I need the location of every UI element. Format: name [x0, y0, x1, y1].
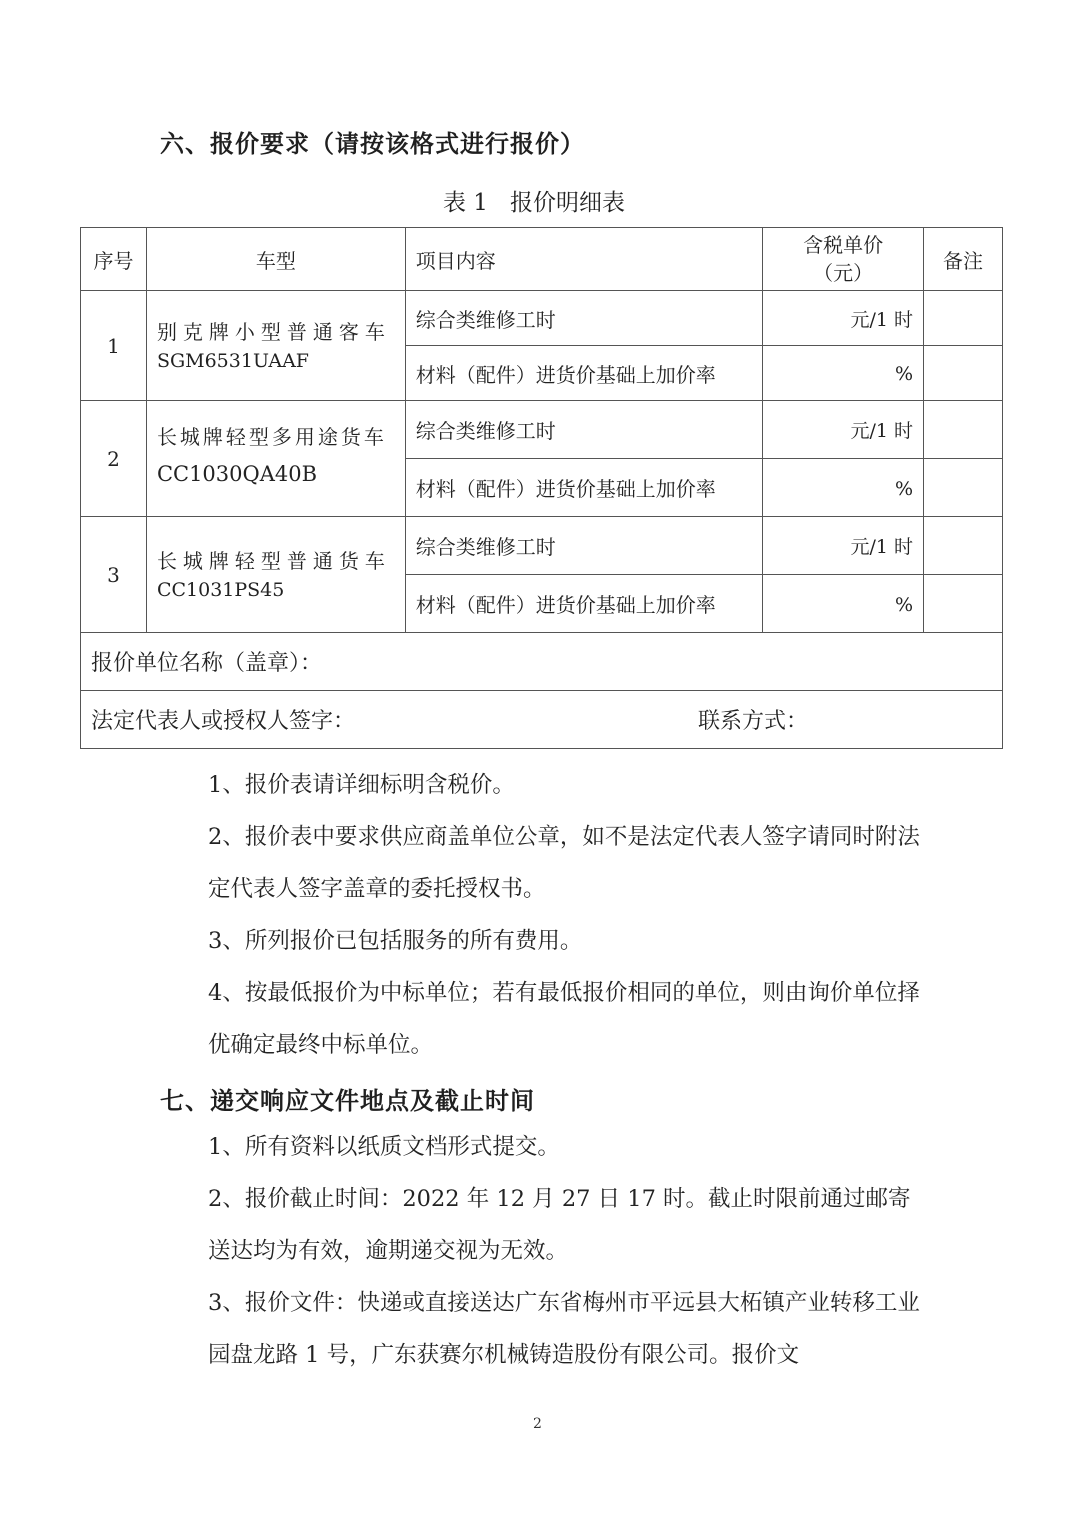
bidder-name-field[interactable]: 报价单位名称（盖章）： [81, 633, 1003, 691]
section-6-heading: 六、报价要求（请按该格式进行报价） [160, 124, 585, 159]
note-cell[interactable] [924, 459, 1003, 517]
quote-detail-table: 序号 车型 项目内容 含税单价 （元） 备注 1 别克牌小型普通客车 SGM65… [80, 227, 1003, 749]
section-7-heading: 七、递交响应文件地点及截止时间 [160, 1081, 535, 1116]
row-model: 别克牌小型普通客车 SGM6531UAAF [146, 291, 405, 401]
price-unit: % [895, 478, 913, 500]
bidder-name-row: 报价单位名称（盖章）： [81, 633, 1003, 691]
price-unit: % [895, 363, 913, 385]
model-code: CC1031PS45 [157, 576, 395, 604]
price-cell[interactable]: 元/1 时 [763, 401, 924, 459]
row-model: 长城牌轻型多用途货车 CC1030QA40B [146, 401, 405, 517]
note-item: 4、按最低报价为中标单位；若有最低报价相同的单位，则由询价单位择优确定最终中标单… [158, 967, 928, 1071]
item-content: 材料（配件）进货价基础上加价率 [405, 459, 762, 517]
header-price-line2: （元） [773, 259, 913, 287]
signature-label: 法定代表人或授权人签字： [91, 709, 355, 734]
item-content: 综合类维修工时 [405, 401, 762, 459]
price-unit: 元/1 时 [851, 309, 914, 331]
note-item: 1、报价表请详细标明含税价。 [158, 759, 928, 811]
row-seq: 3 [81, 517, 147, 633]
row-model: 长城牌轻型普通货车 CC1031PS45 [146, 517, 405, 633]
item-content: 综合类维修工时 [405, 517, 762, 575]
section-7-item: 3、报价文件：快递或直接送达广东省梅州市平远县大柘镇产业转移工业园盘龙路 1 号… [158, 1277, 928, 1381]
table-row: 1 别克牌小型普通客车 SGM6531UAAF 综合类维修工时 元/1 时 [81, 291, 1003, 346]
header-price: 含税单价 （元） [763, 228, 924, 291]
price-cell[interactable]: 元/1 时 [763, 291, 924, 346]
note-cell[interactable] [924, 517, 1003, 575]
price-unit: % [895, 594, 913, 616]
notes-list: 1、报价表请详细标明含税价。 2、报价表中要求供应商盖单位公章，如不是法定代表人… [158, 759, 928, 1071]
row-seq: 1 [81, 291, 147, 401]
header-seq: 序号 [81, 228, 147, 291]
price-cell[interactable]: % [763, 575, 924, 633]
table-header-row: 序号 车型 项目内容 含税单价 （元） 备注 [81, 228, 1003, 291]
model-code: SGM6531UAAF [157, 347, 395, 375]
section-7-item: 2、报价截止时间：2022 年 12 月 27 日 17 时。截止时限前通过邮寄… [158, 1173, 928, 1277]
signature-field[interactable]: 法定代表人或授权人签字： 联系方式： [81, 691, 1003, 749]
price-unit: 元/1 时 [851, 420, 914, 442]
signature-row: 法定代表人或授权人签字： 联系方式： [81, 691, 1003, 749]
item-content: 综合类维修工时 [405, 291, 762, 346]
row-seq: 2 [81, 401, 147, 517]
model-code: CC1030QA40B [157, 452, 395, 496]
note-cell[interactable] [924, 401, 1003, 459]
table-caption-number: 表 1 [443, 190, 488, 216]
item-content: 材料（配件）进货价基础上加价率 [405, 346, 762, 401]
table-row: 3 长城牌轻型普通货车 CC1031PS45 综合类维修工时 元/1 时 [81, 517, 1003, 575]
price-cell[interactable]: % [763, 459, 924, 517]
header-item: 项目内容 [405, 228, 762, 291]
price-cell[interactable]: % [763, 346, 924, 401]
header-model: 车型 [146, 228, 405, 291]
header-price-line1: 含税单价 [773, 231, 913, 259]
note-cell[interactable] [924, 575, 1003, 633]
section-7-item: 1、所有资料以纸质文档形式提交。 [158, 1121, 928, 1173]
header-note: 备注 [924, 228, 1003, 291]
note-item: 3、所列报价已包括服务的所有费用。 [158, 915, 928, 967]
model-name: 别克牌小型普通客车 [157, 317, 395, 347]
section-7-list: 1、所有资料以纸质文档形式提交。 2、报价截止时间：2022 年 12 月 27… [158, 1121, 928, 1381]
model-name: 长城牌轻型多用途货车 [157, 422, 395, 452]
page-number: 2 [533, 1416, 542, 1432]
model-name: 长城牌轻型普通货车 [157, 546, 395, 576]
table-row: 2 长城牌轻型多用途货车 CC1030QA40B 综合类维修工时 元/1 时 [81, 401, 1003, 459]
price-unit: 元/1 时 [851, 536, 914, 558]
table-caption-title: 报价明细表 [510, 190, 625, 216]
contact-label: 联系方式： [698, 704, 808, 735]
bidder-name-label: 报价单位名称（盖章）： [91, 651, 322, 676]
document-page: 六、报价要求（请按该格式进行报价） 表 1报价明细表 序号 车型 项目内容 含税… [0, 0, 1071, 1527]
price-cell[interactable]: 元/1 时 [763, 517, 924, 575]
table-caption: 表 1报价明细表 [443, 184, 625, 217]
note-item: 2、报价表中要求供应商盖单位公章，如不是法定代表人签字请同时附法定代表人签字盖章… [158, 811, 928, 915]
note-cell[interactable] [924, 291, 1003, 346]
note-cell[interactable] [924, 346, 1003, 401]
item-content: 材料（配件）进货价基础上加价率 [405, 575, 762, 633]
